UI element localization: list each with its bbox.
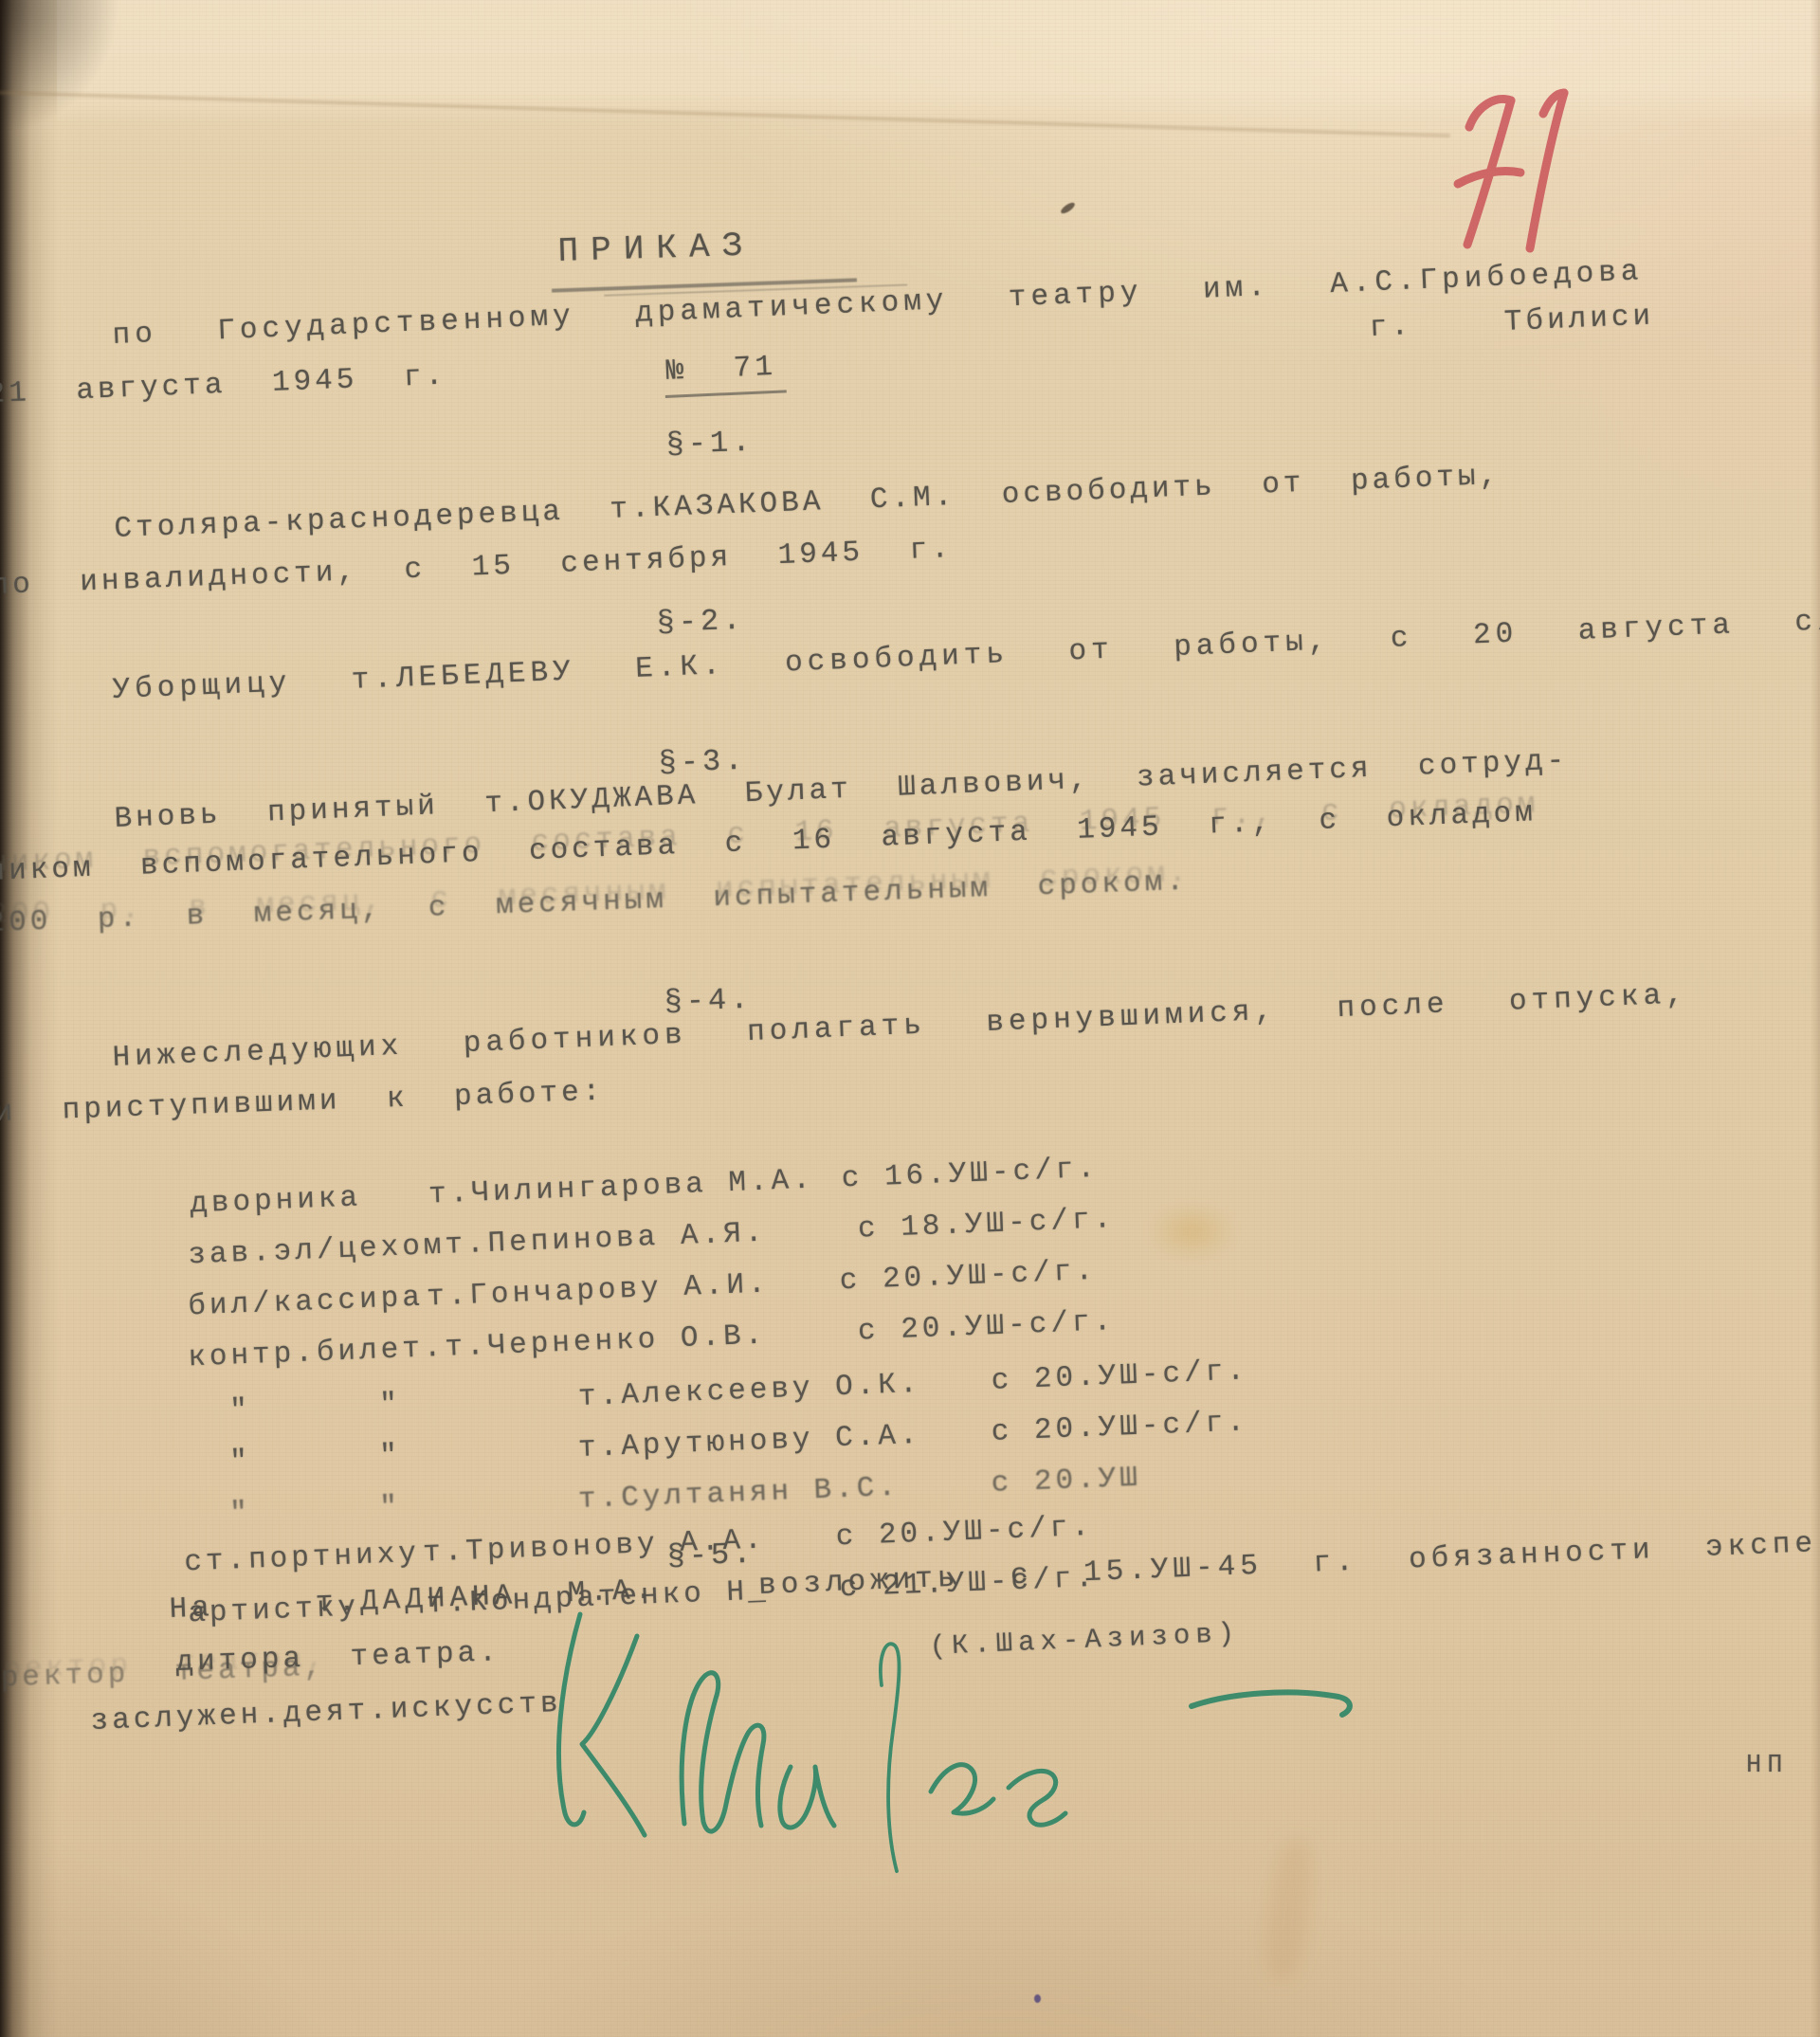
city-line: г. Тбилиси <box>1369 300 1655 345</box>
director-signature-autograph <box>523 1591 1376 1884</box>
section-3-label: §-3. <box>658 744 747 781</box>
director-role-line-2: заслужен.деят.искусств <box>90 1688 562 1739</box>
section-2-label: §-2. <box>656 604 745 641</box>
section-1-label: §-1. <box>665 426 755 463</box>
red-archive-number-mark <box>1443 82 1585 257</box>
section-2-line-1: Уборщицу т.ЛЕБЕДЕВУ Е.К. освободить от р… <box>112 605 1820 708</box>
right-edge-shade <box>1811 0 1820 2037</box>
order-number: № 71 <box>664 351 787 389</box>
date-line: 21 августа 1945 г. <box>0 361 447 412</box>
ink-dot <box>1034 1994 1041 2003</box>
typist-initials: НП <box>1746 1752 1788 1780</box>
section-4-intro-1: Нижеследующих работников полагать вернув… <box>112 979 1688 1075</box>
document-page: ПРИКАЗ по Государственному драматическом… <box>0 0 1820 2037</box>
paper-stain <box>1147 1202 1237 1261</box>
section-5-label: §-5. <box>666 1537 755 1574</box>
ink-speck <box>1060 201 1077 215</box>
section-4-intro-2: и приступившими к работе: <box>0 1077 605 1131</box>
order-number-text: № 71 <box>664 350 787 398</box>
order-title: ПРИКАЗ <box>557 227 755 271</box>
section-1-line-1: Столяра-краснодеревца т.КАЗАКОВА С.М. ос… <box>114 461 1501 547</box>
spine-shadow <box>0 0 59 2037</box>
section-4-label: §-4. <box>664 983 753 1020</box>
